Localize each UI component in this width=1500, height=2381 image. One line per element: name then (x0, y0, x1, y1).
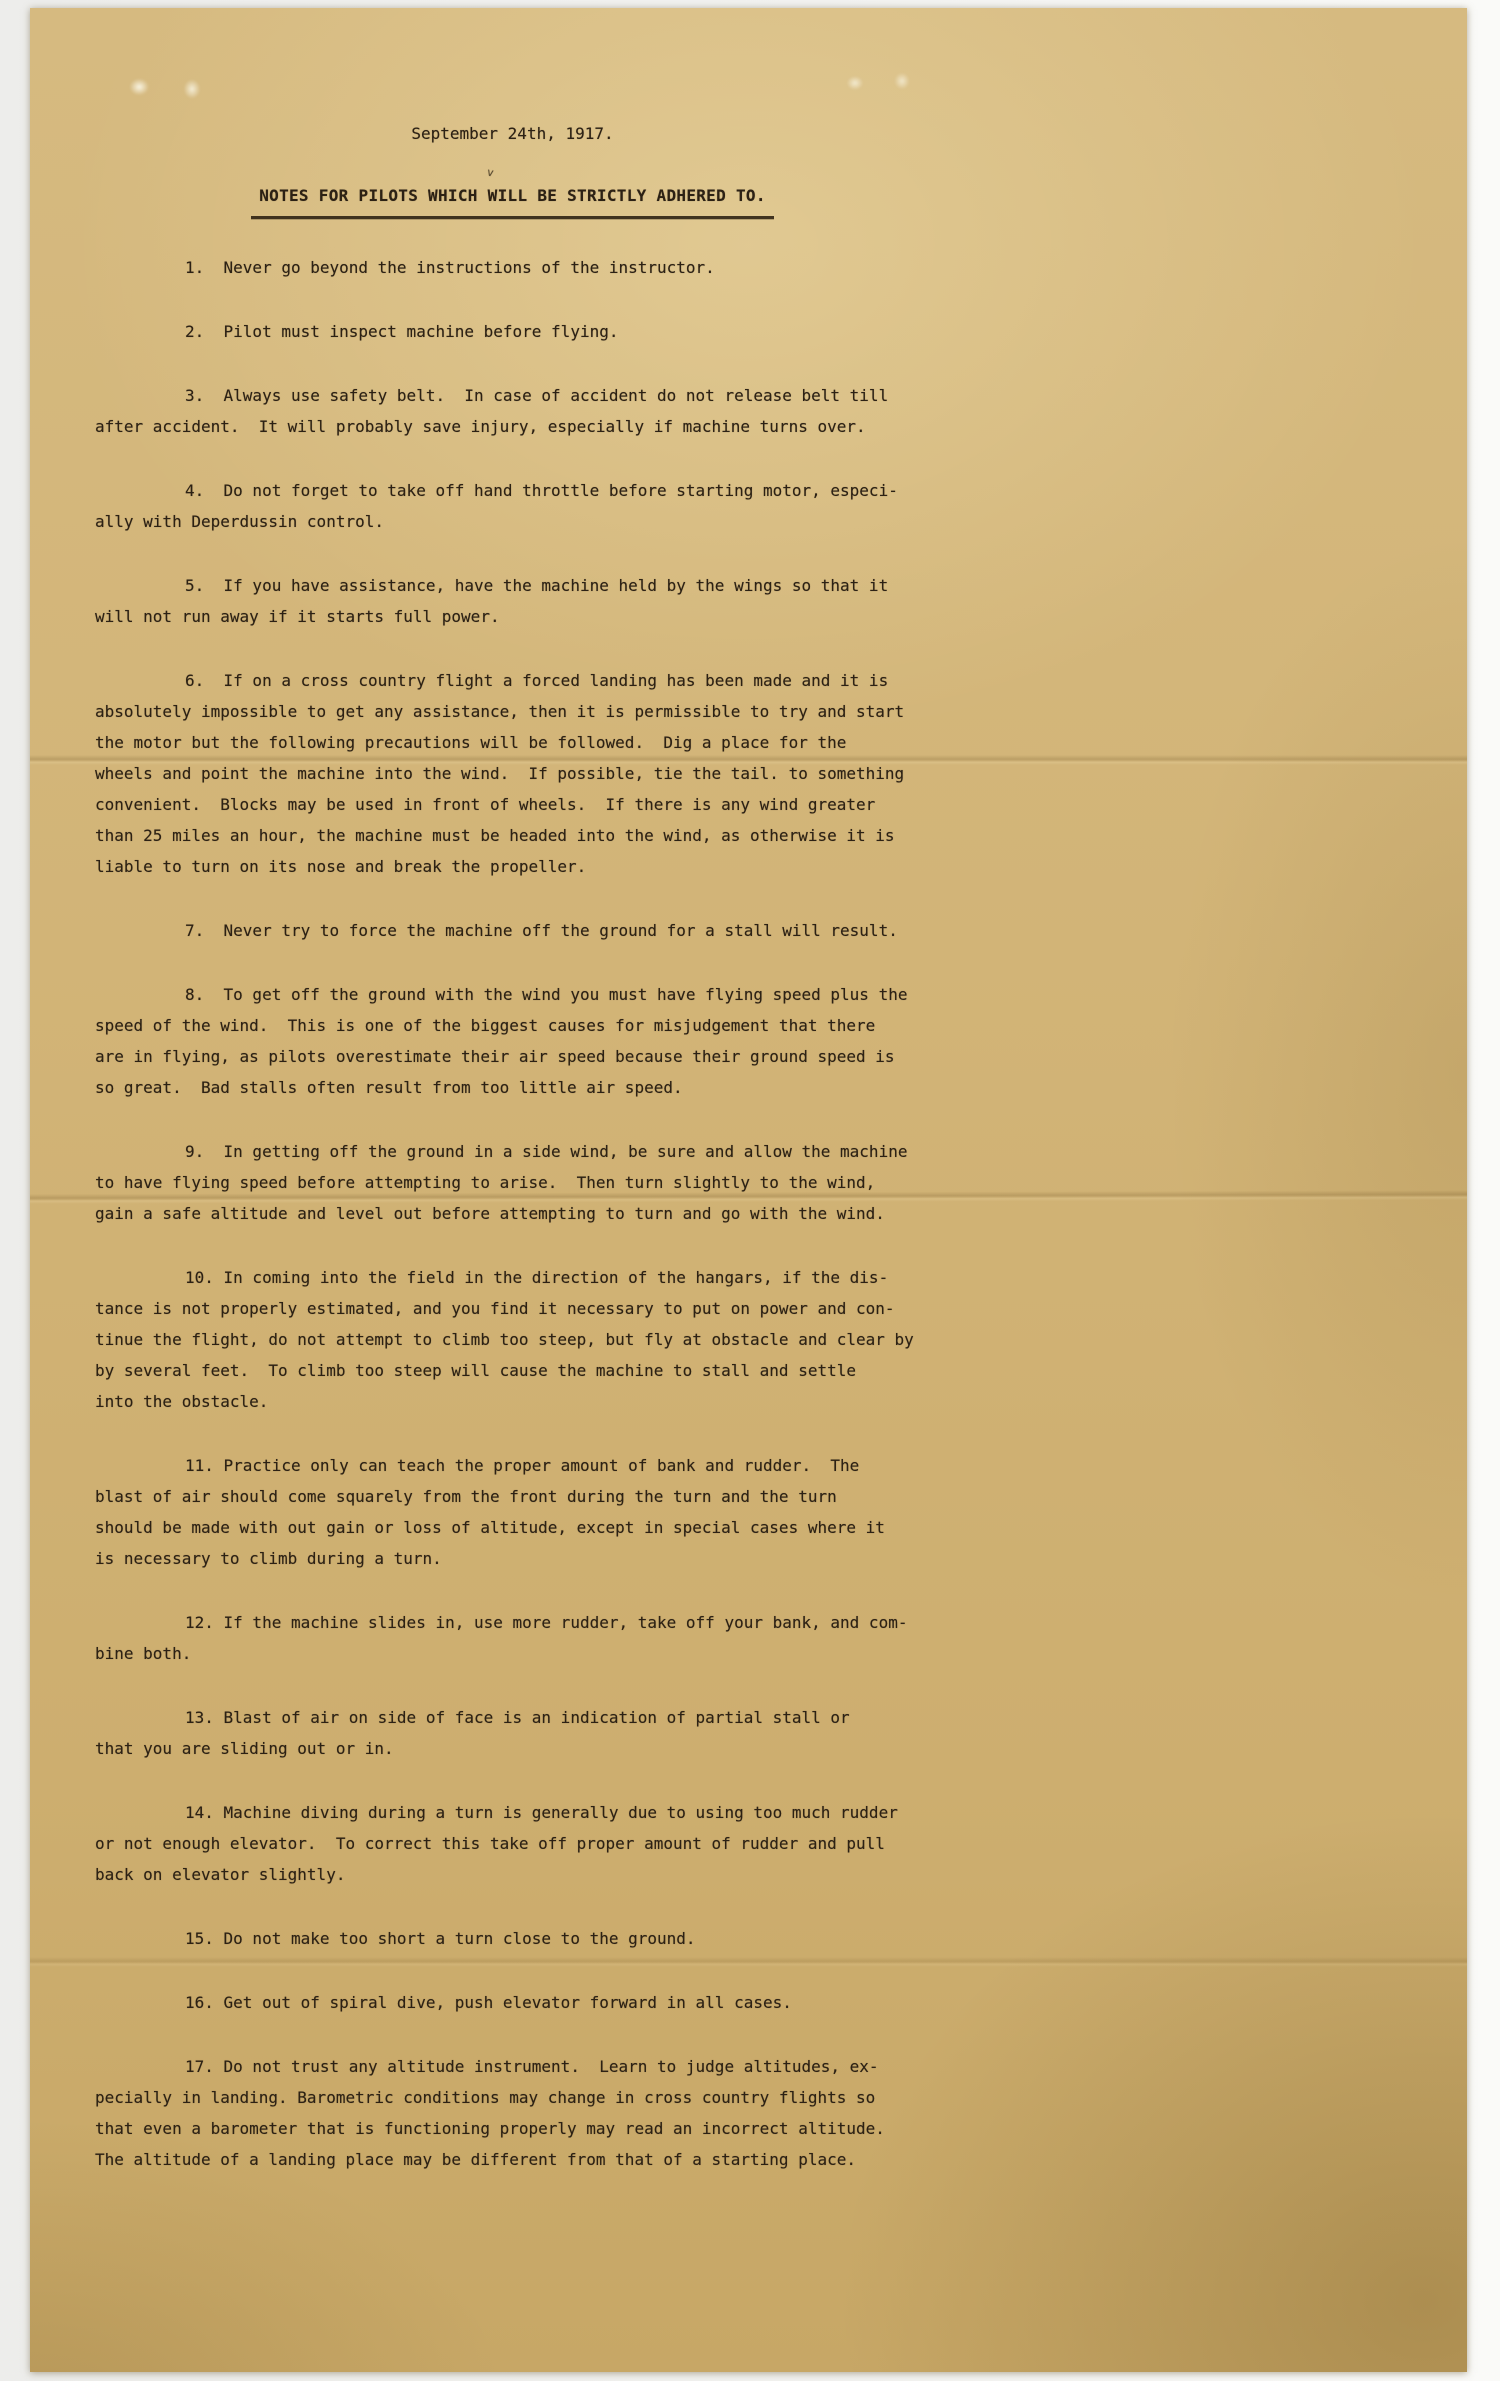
note-item: 12. If the machine slides in, use more r… (95, 1607, 930, 1669)
typed-content: September 24th, 1917. NOTES FOR PILOTS W… (95, 118, 930, 2175)
note-item: 8. To get off the ground with the wind y… (95, 979, 930, 1103)
note-item: 6. If on a cross country flight a forced… (95, 665, 930, 882)
scan-background: { "scan": { "background_color": "#f1f1ef… (0, 0, 1500, 2381)
note-item: 2. Pilot must inspect machine before fly… (95, 316, 930, 347)
note-item: 5. If you have assistance, have the mach… (95, 570, 930, 632)
note-item: 11. Practice only can teach the proper a… (95, 1450, 930, 1574)
note-item: 3. Always use safety belt. In case of ac… (95, 380, 930, 442)
note-item: 14. Machine diving during a turn is gene… (95, 1797, 930, 1890)
note-item: 17. Do not trust any altitude instrument… (95, 2051, 930, 2175)
note-item: 4. Do not forget to take off hand thrott… (95, 475, 930, 537)
paper-sheet: September 24th, 1917. NOTES FOR PILOTS W… (30, 8, 1467, 2372)
title-row: NOTES FOR PILOTS WHICH WILL BE STRICTLY … (95, 180, 930, 219)
notes-list: 1. Never go beyond the instructions of t… (95, 252, 930, 2175)
emboss-mark-right (830, 63, 930, 103)
document-date: September 24th, 1917. (95, 118, 930, 149)
note-item: 15. Do not make too short a turn close t… (95, 1923, 930, 1954)
note-item: 9. In getting off the ground in a side w… (95, 1136, 930, 1229)
note-item: 1. Never go beyond the instructions of t… (95, 252, 930, 283)
note-item: 7. Never try to force the machine off th… (95, 915, 930, 946)
note-item: 10. In coming into the field in the dire… (95, 1262, 930, 1417)
emboss-mark-left (115, 68, 225, 110)
note-item: 13. Blast of air on side of face is an i… (95, 1702, 930, 1764)
document-title: NOTES FOR PILOTS WHICH WILL BE STRICTLY … (251, 180, 774, 219)
note-item: 16. Get out of spiral dive, push elevato… (95, 1987, 930, 2018)
